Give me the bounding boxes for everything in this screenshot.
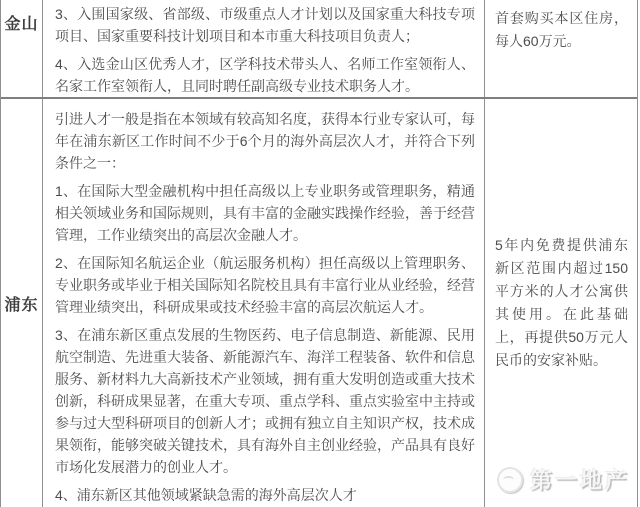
benefit-text: 首套购买本区住房，每人60万元。 [495, 7, 628, 53]
criteria-paragraph: 3、入围国家级、省部级、市级重点人才计划以及国家重大科技专项项目、国家重要科技计… [55, 3, 475, 47]
district-cell-jinshan: 金山 [1, 0, 43, 97]
district-label-jinshan: 金山 [4, 11, 38, 34]
benefit-text: 5年内免费提供浦东新区范围内超过150平方米的人才公寓供其使用。在此基础上，再提… [495, 234, 628, 372]
talent-policy-table: 金山 3、入围国家级、省部级、市级重点人才计划以及国家重大科技专项项目、国家重要… [0, 0, 638, 507]
criteria-paragraph: 2、在国际知名航运企业（航运服务机构）担任高级以上管理职务、专业职务或毕业于相关… [55, 252, 475, 318]
criteria-paragraph: 引进人才一般是指在本领域有较高知名度，获得本行业专家认可，每年在浦东新区工作时间… [55, 108, 475, 174]
criteria-paragraph: 4、入选金山区优秀人才，区学科技术带头人、名师工作室领衔人、名家工作室领衔人，且… [55, 53, 475, 97]
district-label-pudong: 浦东 [4, 292, 38, 315]
criteria-cell-jinshan: 3、入围国家级、省部级、市级重点人才计划以及国家重大科技专项项目、国家重要科技计… [43, 0, 485, 97]
table-row-pudong: 浦东 引进人才一般是指在本领域有较高知名度，获得本行业专家认可，每年在浦东新区工… [1, 99, 637, 507]
policy-table-screenshot: 金山 3、入围国家级、省部级、市级重点人才计划以及国家重大科技专项项目、国家重要… [0, 0, 640, 507]
table-row-jinshan: 金山 3、入围国家级、省部级、市级重点人才计划以及国家重大科技专项项目、国家重要… [1, 0, 637, 99]
criteria-cell-pudong: 引进人才一般是指在本领域有较高知名度，获得本行业专家认可，每年在浦东新区工作时间… [43, 99, 485, 507]
criteria-paragraph: 3、在浦东新区重点发展的生物医药、电子信息制造、新能源、民用航空制造、先进重大装… [55, 324, 475, 478]
district-cell-pudong: 浦东 [1, 99, 43, 507]
criteria-paragraph: 4、浦东新区其他领域紧缺急需的海外高层次人才 [55, 484, 475, 506]
criteria-paragraph: 1、在国际大型金融机构中担任高级以上专业职务或管理职务，精通相关领域业务和国际规… [55, 180, 475, 246]
benefit-cell-jinshan: 首套购买本区住房，每人60万元。 [485, 0, 637, 97]
benefit-cell-pudong: 5年内免费提供浦东新区范围内超过150平方米的人才公寓供其使用。在此基础上，再提… [485, 99, 637, 507]
